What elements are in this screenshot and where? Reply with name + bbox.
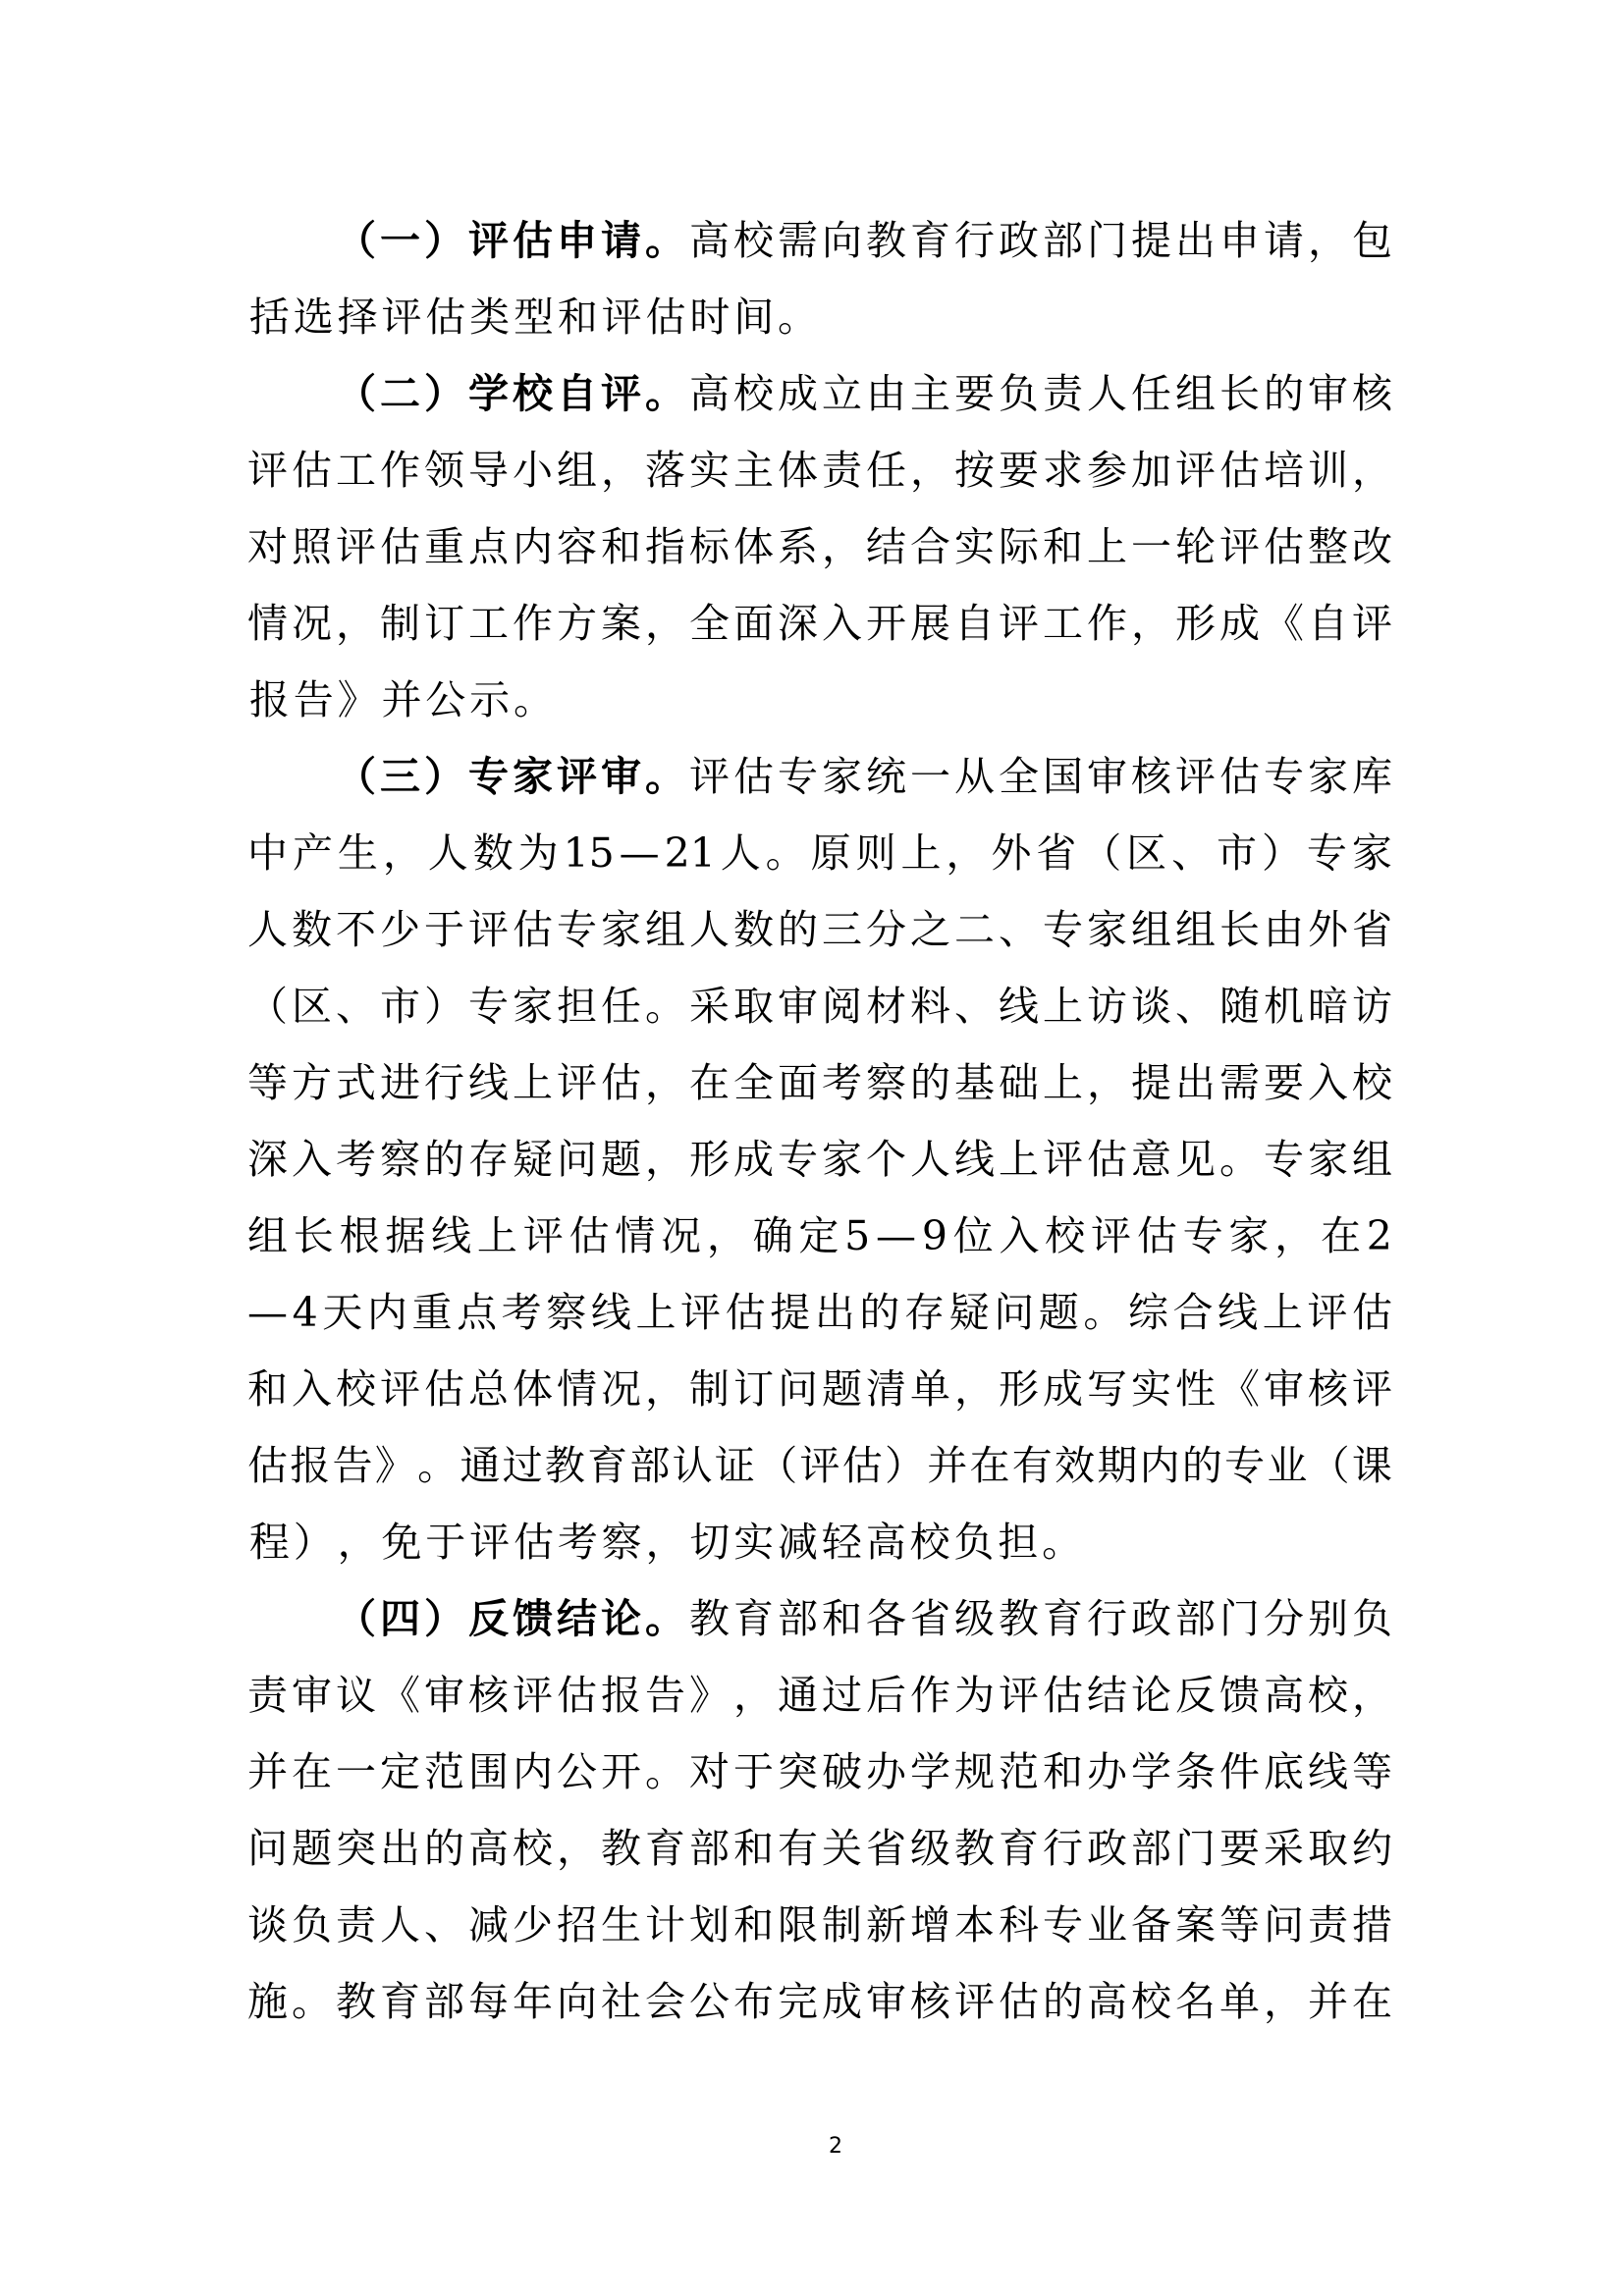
paragraph-line: 问题突出的高校，教育部和有关省级教育行政部门要采取约 — [247, 1810, 1392, 1887]
paragraph-line: （区、市）专家担任。采取审阅材料、线上访谈、随机暗访 — [247, 968, 1392, 1044]
paragraph-line: 并在一定范围内公开。对于突破办学规范和办学条件底线等 — [247, 1734, 1392, 1810]
paragraph-first-line: （一）评估申请。高校需向教育行政部门提出申请，包 — [336, 202, 1392, 279]
document-page: （一）评估申请。高校需向教育行政部门提出申请，包括选择评估类型和评估时间。（二）… — [0, 0, 1624, 2296]
paragraph-line: 情况，制订工作方案，全面深入开展自评工作，形成《自评 — [247, 585, 1392, 662]
paragraph-line: 责审议《审核评估报告》，通过后作为评估结论反馈高校， — [247, 1657, 1392, 1734]
paragraph-line: 和入校评估总体情况，制订问题清单，形成写实性《审核评 — [247, 1351, 1392, 1427]
paragraph-line: 程），免于评估考察，切实减轻高校负担。 — [247, 1504, 1392, 1580]
paragraph-first-line: （三）专家评审。评估专家统一从全国审核评估专家库 — [336, 738, 1392, 815]
paragraph-line: 报告》并公示。 — [247, 662, 1392, 738]
paragraph-line: 估报告》。通过教育部认证（评估）并在有效期内的专业（课 — [247, 1427, 1392, 1504]
paragraph-first-line: （四）反馈结论。教育部和各省级教育行政部门分别负 — [336, 1580, 1392, 1657]
paragraph-line: 括选择评估类型和评估时间。 — [247, 279, 1392, 355]
paragraph-line: 组长根据线上评估情况，确定5—9位入校评估专家，在2 — [247, 1198, 1392, 1274]
paragraph-line: —4天内重点考察线上评估提出的存疑问题。综合线上评估 — [247, 1274, 1392, 1351]
paragraph-line: 深入考察的存疑问题，形成专家个人线上评估意见。专家组 — [247, 1121, 1392, 1198]
paragraph-first-line: （二）学校自评。高校成立由主要负责人任组长的审核 — [336, 355, 1392, 432]
paragraph-line: 人数不少于评估专家组人数的三分之二、专家组组长由外省 — [247, 891, 1392, 968]
paragraph-line: 施。教育部每年向社会公布完成审核评估的高校名单，并在 — [247, 1963, 1392, 2040]
page-number: 2 — [812, 2132, 859, 2162]
paragraph-line: 对照评估重点内容和指标体系，结合实际和上一轮评估整改 — [247, 508, 1392, 585]
paragraph-line: 中产生，人数为15—21人。原则上，外省（区、市）专家 — [247, 815, 1392, 891]
paragraph-line: 等方式进行线上评估，在全面考察的基础上，提出需要入校 — [247, 1044, 1392, 1121]
paragraph-line: 谈负责人、减少招生计划和限制新增本科专业备案等问责措 — [247, 1887, 1392, 1963]
paragraph-line: 评估工作领导小组，落实主体责任，按要求参加评估培训， — [247, 432, 1392, 508]
